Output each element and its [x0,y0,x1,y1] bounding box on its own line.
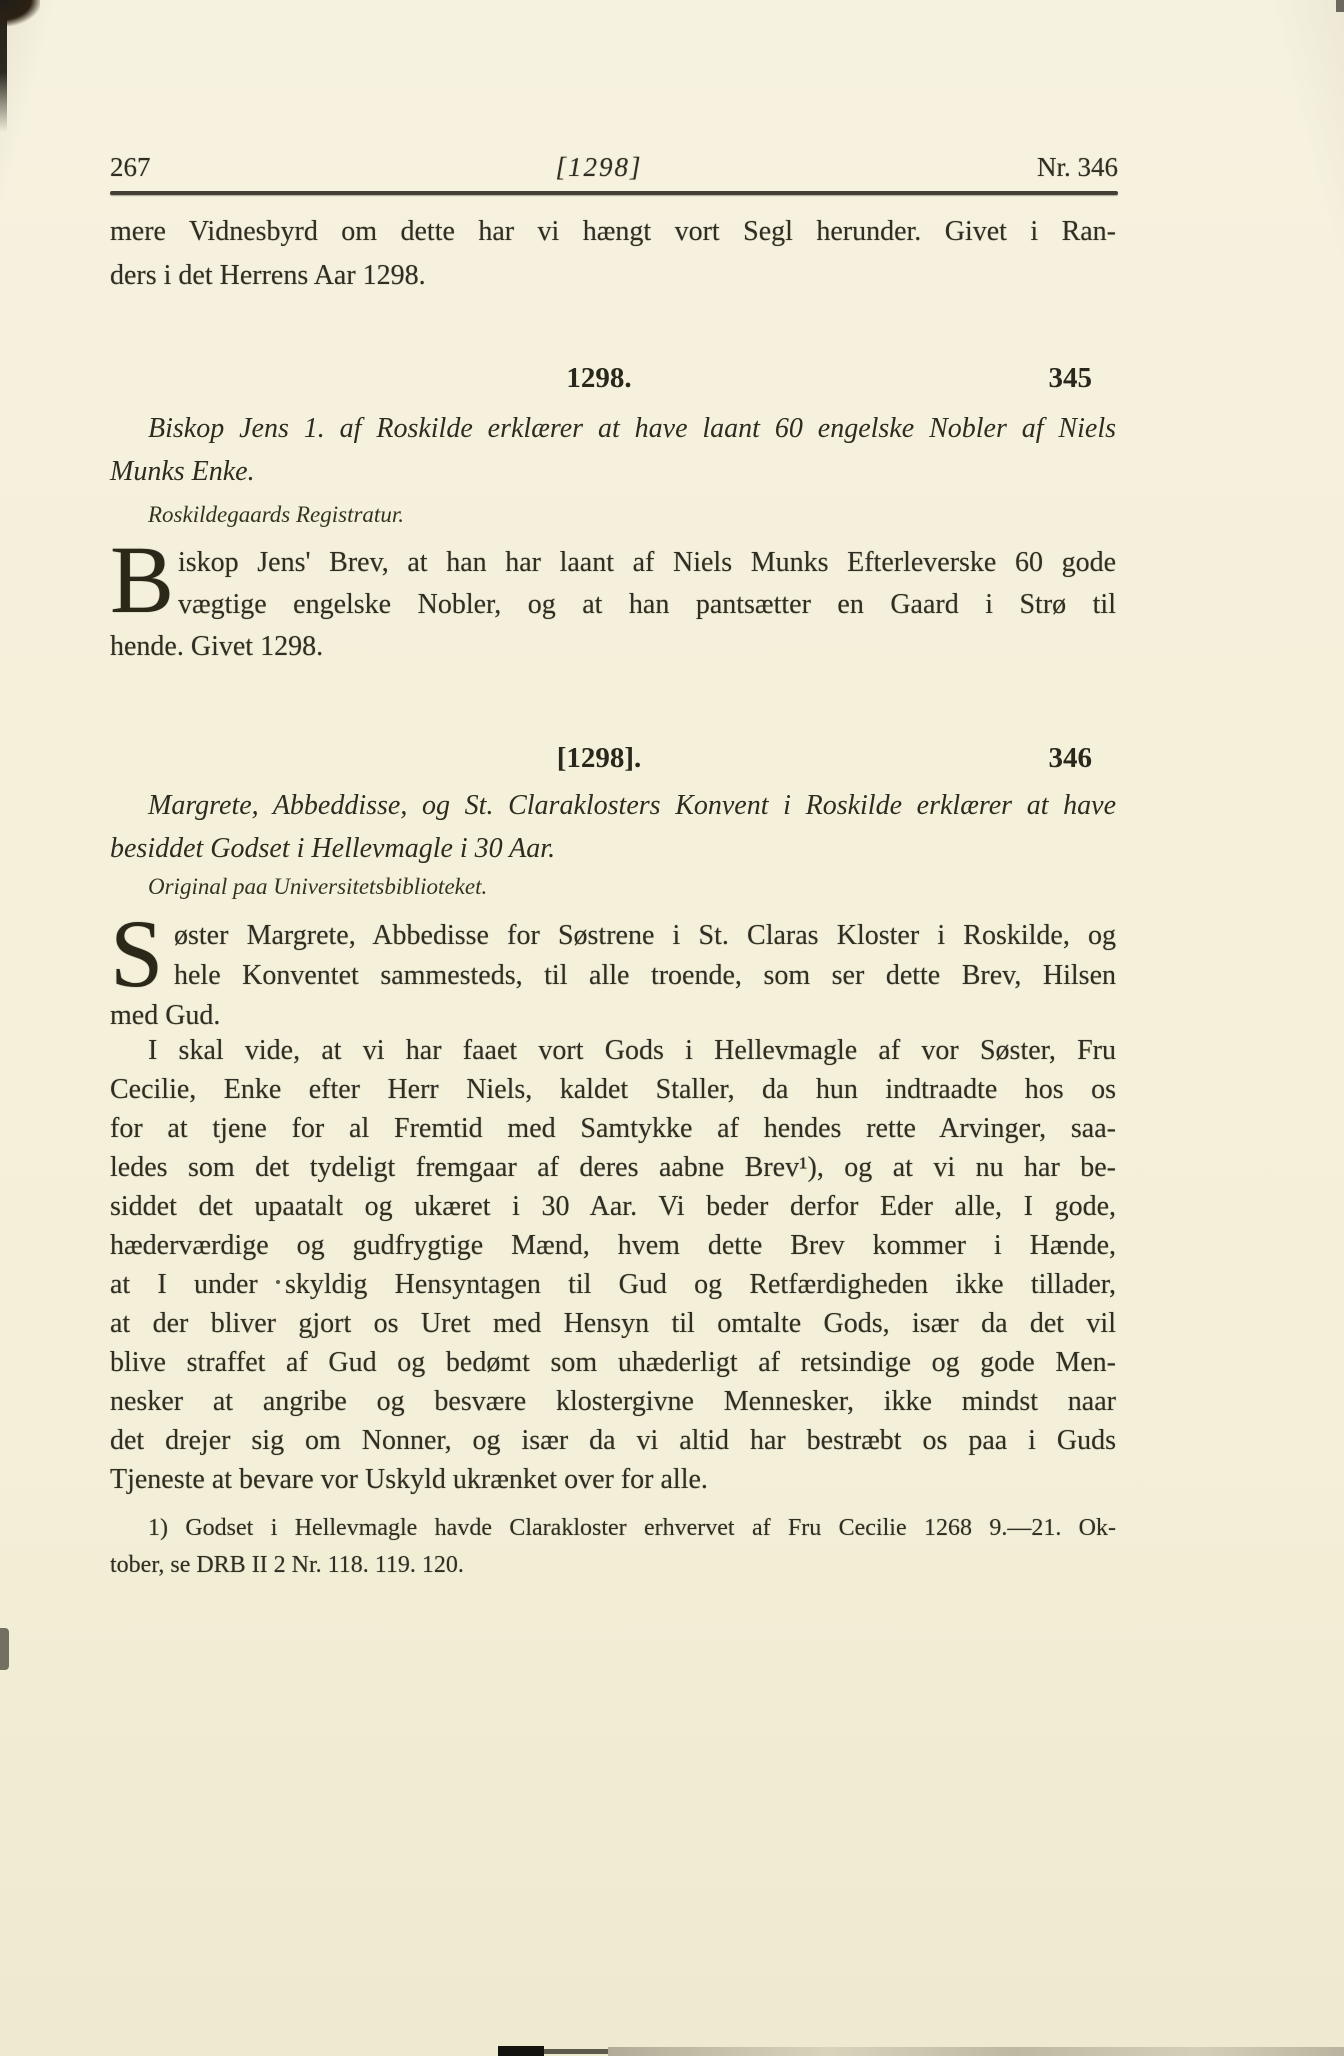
entry-346-date: [1298]. [96,742,1102,775]
scan-bottom-mark [498,2046,544,2056]
text-line: Biskop Jens 1. af Roskilde erklærer at h… [110,407,1116,450]
text-line: hele Konventet sammesteds, til alle troe… [110,956,1116,996]
scan-edge-mark [0,1628,9,1670]
text-line: Cecilie, Enke efter Herr Niels, kaldet S… [110,1070,1116,1109]
text-line: at I under skyldig Hensyntagen til Gud o… [110,1265,1116,1304]
scanned-book-page: 267 [1298] Nr. 346 mere Vidnesbyrd om de… [0,0,1344,2056]
text-line: I skal vide, at vi har faaet vort Gods i… [110,1031,1116,1070]
page-header: 267 [1298] Nr. 346 [110,152,1116,192]
text-line: iskop Jens' Brev, at han har laant af Ni… [110,542,1116,584]
dropcap-letter: B [110,532,174,628]
text-line: øster Margrete, Abbedisse for Søstrene i… [110,916,1116,956]
text-line: Munks Enke. [110,450,1116,493]
scan-corner-mark [1336,0,1344,12]
scan-speck [276,1280,280,1284]
text-line: det drejer sig om Nonner, og især da vi … [110,1421,1116,1460]
text-line: ders i det Herrens Aar 1298. [110,254,1116,298]
text-line: hæderværdige og gudfrygtige Mænd, hvem d… [110,1226,1116,1265]
text-line: 1) Godset i Hellevmagle havde Claraklost… [110,1510,1116,1547]
scan-bottom-smudge [608,2047,1344,2056]
intro-paragraph: mere Vidnesbyrd om dette har vi hængt vo… [110,210,1116,298]
text-line: med Gud. [110,996,1116,1036]
text-line: mere Vidnesbyrd om dette har vi hængt vo… [110,210,1116,254]
text-line: tober, se DRB II 2 Nr. 118. 119. 120. [110,1547,1116,1584]
entry-346-heading: [1298]. 346 [110,742,1116,782]
scan-corner-mark [0,0,40,26]
text-line: nesker at angribe og besvære klostergivn… [110,1382,1116,1421]
footnote: 1) Godset i Hellevmagle havde Claraklost… [110,1510,1116,1584]
text-line: at der bliver gjort os Uret med Hensyn t… [110,1304,1116,1343]
text-line: Tjeneste at bevare vor Uskyld ukrænket o… [110,1460,1116,1499]
text-line: blive straffet af Gud og bedømt som uhæd… [110,1343,1116,1382]
entry-345-source: Roskildegaards Registratur. [110,500,1116,530]
entry-346-body-opening: S øster Margrete, Abbedisse for Søstrene… [110,916,1116,1036]
text-line: vægtige engelske Nobler, og at han pants… [110,584,1116,626]
entry-reference: Nr. 346 [1037,152,1118,183]
entry-346-source: Original paa Universitetsbiblioteket. [110,872,1116,902]
text-line: for at tjene for al Fremtid med Samtykke… [110,1109,1116,1148]
entry-346-number: 346 [1049,742,1093,775]
header-rule [110,191,1118,195]
entry-345-summary: Biskop Jens 1. af Roskilde erklærer at h… [110,407,1116,493]
entry-346-body-main: I skal vide, at vi har faaet vort Gods i… [110,1031,1116,1499]
scan-bottom-mark [544,2049,608,2054]
text-line: Margrete, Abbeddisse, og St. Clarakloste… [110,784,1116,827]
running-title: [1298] [96,152,1102,183]
entry-346-summary: Margrete, Abbeddisse, og St. Clarakloste… [110,784,1116,870]
entry-345-number: 345 [1049,362,1093,395]
entry-345-body: B iskop Jens' Brev, at han har laant af … [110,542,1116,668]
text-line: hende. Givet 1298. [110,626,1116,668]
dropcap-letter: S [110,906,163,1002]
entry-345-date: 1298. [96,362,1102,395]
text-line: besiddet Godset i Hellevmagle i 30 Aar. [110,827,1116,870]
entry-345-heading: 1298. 345 [110,362,1116,402]
text-line: siddet det upaatalt og ukæret i 30 Aar. … [110,1187,1116,1226]
text-line: ledes som det tydeligt fremgaar af deres… [110,1148,1116,1187]
